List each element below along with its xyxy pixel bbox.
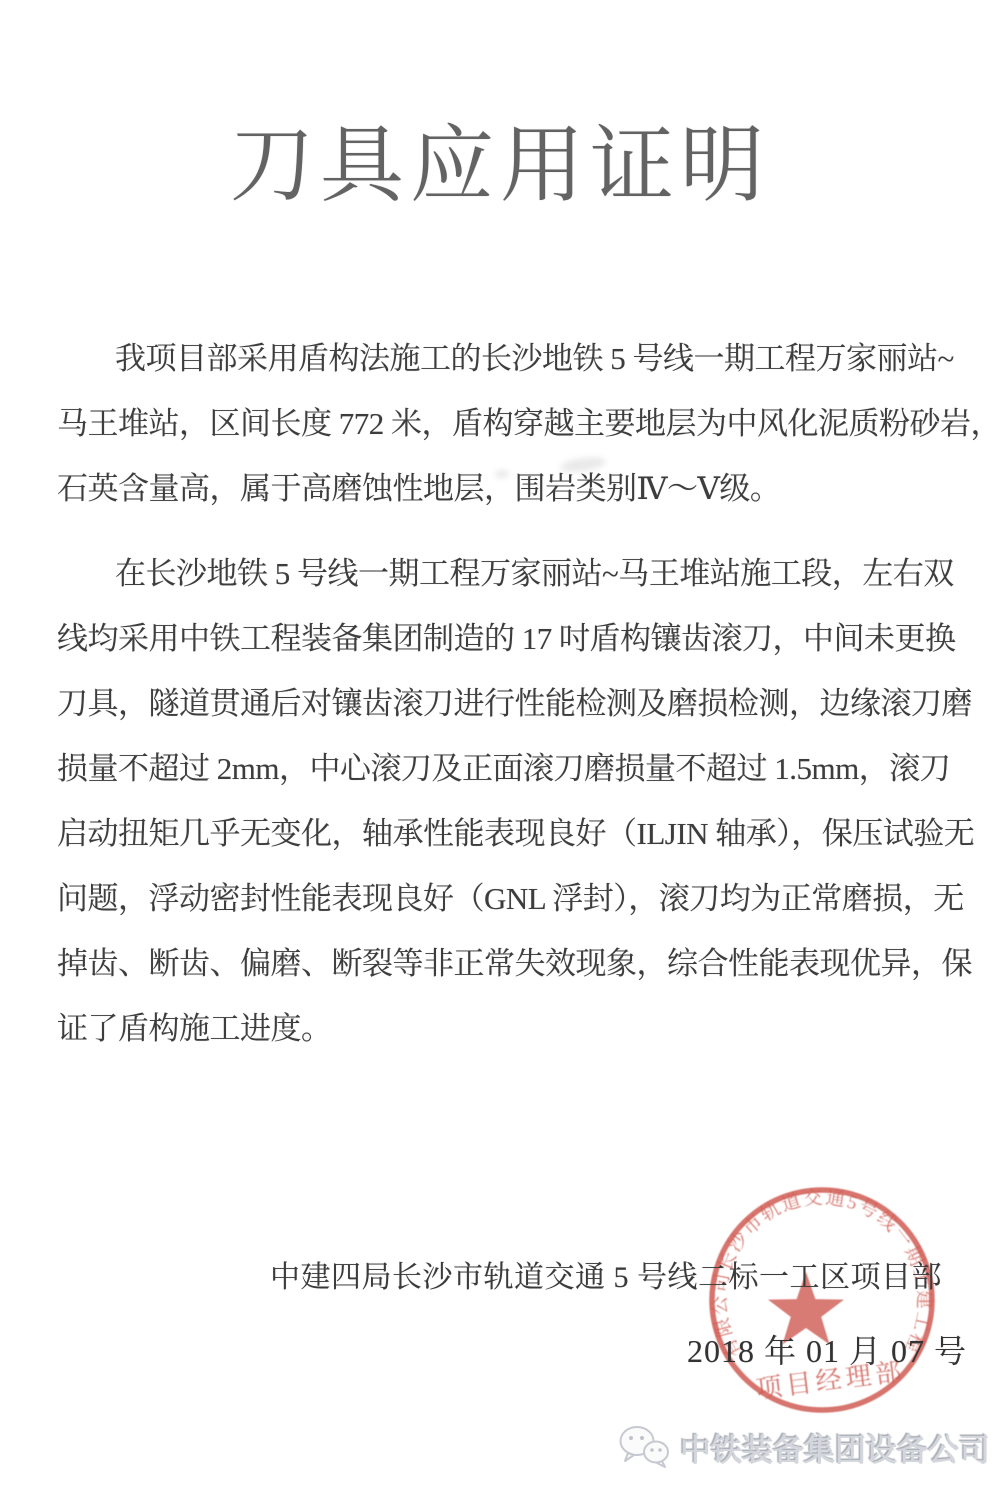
- signature-organization: 中建四局长沙市轨道交通 5 号线二标一工区项目部: [270, 1252, 942, 1296]
- body-line: 我项目部采用盾构法施工的长沙地铁 5 号线一期工程万家丽站~: [57, 326, 947, 391]
- wechat-icon: [618, 1424, 670, 1470]
- footer-brand: 中铁装备集团设备公司: [618, 1424, 990, 1470]
- body-line: 刀具，隧道贯通后对镶齿滚刀进行性能检测及磨损检测，边缘滚刀磨: [57, 671, 947, 736]
- signature-date: 2018 年 01 月 07 号: [687, 1326, 967, 1372]
- body-line: 问题，浮动密封性能表现良好（GNL 浮封），滚刀均为正常磨损，无: [57, 866, 947, 931]
- paragraph-1: 我项目部采用盾构法施工的长沙地铁 5 号线一期工程万家丽站~ 马王堆站，区间长度…: [57, 326, 947, 521]
- body-line: 线均采用中铁工程装备集团制造的 17 吋盾构镶齿滚刀，中间未更换: [57, 606, 947, 671]
- body-line: 马王堆站，区间长度 772 米，盾构穿越主要地层为中风化泥质粉砂岩，: [57, 391, 947, 456]
- paragraph-2: 在长沙地铁 5 号线一期工程万家丽站~马王堆站施工段，左右双 线均采用中铁工程装…: [57, 541, 947, 1061]
- scan-smudge: [495, 470, 509, 478]
- body-line: 石英含量高，属于高磨蚀性地层，围岩类别Ⅳ～Ⅴ级。: [57, 456, 947, 521]
- document-title: 刀具应用证明: [0, 98, 1000, 219]
- body-line: 在长沙地铁 5 号线一期工程万家丽站~马王堆站施工段，左右双: [57, 541, 947, 606]
- red-seal-stamp: 有限公司长沙市轨道交通5号线一期土建工程 项目经理部: [706, 1184, 938, 1416]
- body-line: 损量不超过 2mm，中心滚刀及正面滚刀磨损量不超过 1.5mm，滚刀: [57, 736, 947, 801]
- body-line: 证了盾构施工进度。: [57, 996, 947, 1061]
- scanned-document-page: 刀具应用证明 我项目部采用盾构法施工的长沙地铁 5 号线一期工程万家丽站~ 马王…: [0, 0, 1000, 1491]
- footer-company-name: 中铁装备集团设备公司: [680, 1425, 990, 1470]
- body-line: 启动扭矩几乎无变化，轴承性能表现良好（ILJIN 轴承），保压试验无: [57, 801, 947, 866]
- body-line: 掉齿、断齿、偏磨、断裂等非正常失效现象，综合性能表现优异，保: [57, 931, 947, 996]
